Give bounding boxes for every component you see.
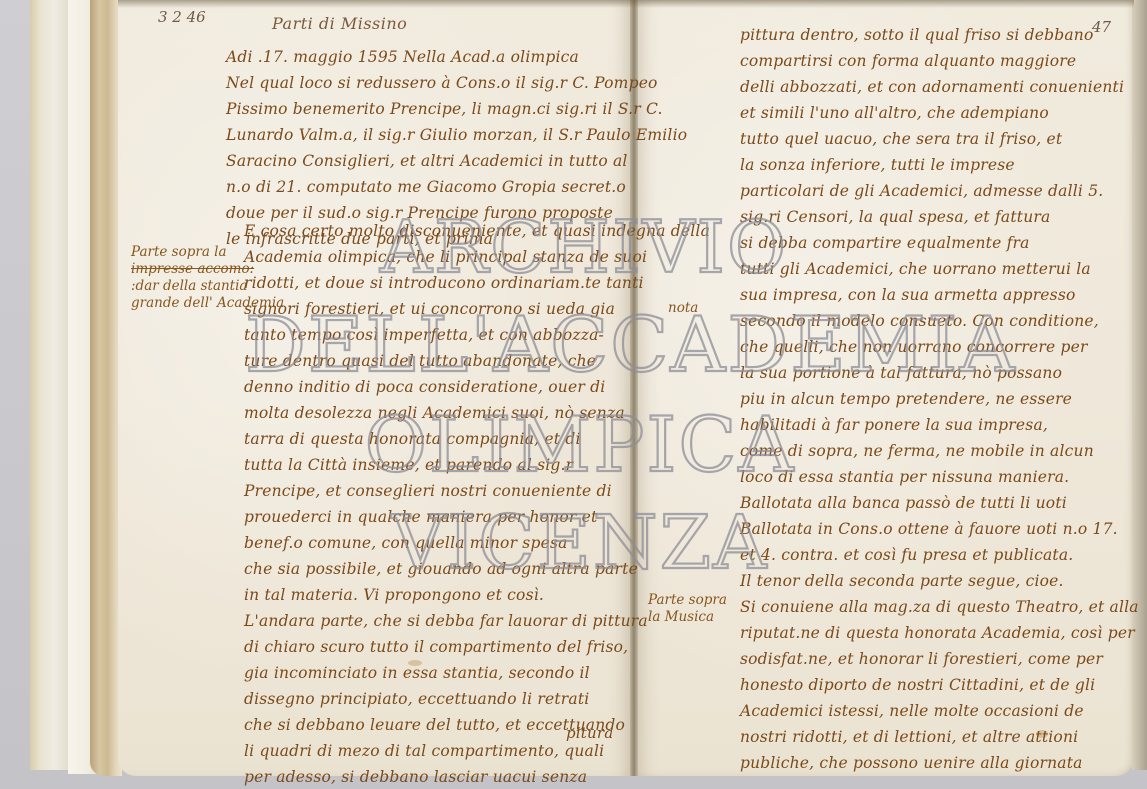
text-line: Ballotata alla banca passò de tutti li u… [740,490,1139,516]
manuscript-scan: 3 2 46 Parti di Missino Adi .17. maggio … [0,0,1147,789]
text-line: Si conuiene alla mag.za di questo Theatr… [740,594,1139,620]
text-line: signori forestieri, et ui concorrono si … [244,296,710,322]
text-line: li quadri di mezo di tal compartimento, … [244,738,710,764]
text-line: Academici istessi, nelle molte occasioni… [740,698,1139,724]
right-page-text: pittura dentro, sotto il qual friso si d… [740,22,1139,776]
text-line: di chiaro scuro tutto il compartimento d… [244,634,710,660]
margin-note-nota: nota [668,300,698,317]
text-line: molta desolezza negli Academici suoi, nò… [244,400,710,426]
text-line: secondo il modelo consueto. Con conditio… [740,308,1139,334]
text-line: Nel qual loco si redussero à Cons.o il s… [226,70,687,96]
book-cover-edge [30,0,71,770]
text-line: n.o di 21. computato me Giacomo Gropia s… [226,174,687,200]
text-line: sua impresa, con la sua armetta appresso [740,282,1139,308]
text-line: particolari de gli Academici, admesse da… [740,178,1139,204]
text-line: che si debbano leuare del tutto, et ecce… [244,712,710,738]
text-line: et 4. contra. et così fu presa et public… [740,542,1139,568]
text-line: tutti gli Academici, che uorrano metteru… [740,256,1139,282]
text-line: tanto tempo così imperfetta, et con abbo… [244,322,710,348]
text-line: honesto diporto de nostri Cittadini, et … [740,672,1139,698]
text-line: delli abbozzati, et con adornamenti conu… [740,74,1139,100]
text-line: denno inditio di poca consideratione, ou… [244,374,710,400]
top-shadow [118,0,1134,8]
text-line: si debba compartire equalmente fra [740,230,1139,256]
margin-note-line: la Musica [648,609,727,626]
text-line: publiche, che possono uenire alla giorna… [740,750,1139,776]
text-line: compartirsi con forma alquanto maggiore [740,48,1139,74]
text-line: Saracino Consiglieri, et altri Academici… [226,148,687,174]
text-line: E cosa certo molto disconueniente, et qu… [244,218,710,244]
text-line: la sua portione à tal fattura, nò possan… [740,360,1139,386]
text-line: piu in alcun tempo pretendere, ne essere [740,386,1139,412]
text-line: riputat.ne di questa honorata Academia, … [740,620,1139,646]
text-line: sig.ri Censori, la qual spesa, et fattur… [740,204,1139,230]
text-line: pittura dentro, sotto il qual friso si d… [740,22,1139,48]
text-line: loco di essa stantia per nissuna maniera… [740,464,1139,490]
text-line: benef.o comune, con quella minor spesa [244,530,710,556]
text-line: ture dentro quasi del tutto abandonate, … [244,348,710,374]
text-line: per adesso, si debbano lasciar uacui sen… [244,764,710,789]
text-line: sodisfat.ne, et honorar li forestieri, c… [740,646,1139,672]
margin-note-line: :dar della stantia [131,278,284,295]
text-line: come di sopra, ne ferma, ne mobile in al… [740,438,1139,464]
text-line: et simili l'uno all'altro, che adempiano [740,100,1139,126]
text-line: ridotti, et doue si introducono ordinari… [244,270,710,296]
text-line: Il tenor della seconda parte segue, cioe… [740,568,1139,594]
margin-note-parte-sopra-musica: Parte sopra la Musica [648,592,727,626]
text-line: gia incominciato in essa stantia, second… [244,660,710,686]
text-line: habilitadi à far ponere la sua impresa, [740,412,1139,438]
text-line: Academia olimpica, che li principal stan… [244,244,710,270]
text-line: Adi .17. maggio 1595 Nella Acad.a olimpi… [226,44,687,70]
catchword: pitura [566,724,613,742]
text-line: L'andara parte, che si debba far lauorar… [244,608,710,634]
text-line: prouederci in qualche maniera per honor … [244,504,710,530]
margin-note-parte-sopra-stantia: Parte sopra la impresse accomo: :dar del… [131,244,284,312]
folio-number-left: 3 2 46 [158,8,206,26]
margin-note-line: Parte sopra [648,592,727,609]
text-line: che quelli, che non uorrano concorrere p… [740,334,1139,360]
margin-note-line: Parte sopra la [131,244,284,261]
page-header: Parti di Missino [272,14,407,33]
text-line: dissegno principiato, eccettuando li ret… [244,686,710,712]
text-line: che sia possibile, et giouando ad ogni a… [244,556,710,582]
text-line: in tal materia. Vi propongono et così. [244,582,710,608]
text-line: Prencipe, et conseglieri nostri conuenie… [244,478,710,504]
text-line: nostri ridotti, et di lettioni, et altre… [740,724,1139,750]
text-line: tutta la Città insieme, et parendo al si… [244,452,710,478]
left-page-text-body: E cosa certo molto disconueniente, et qu… [244,218,710,789]
text-line: tarra di questa honorata compagnia, et d… [244,426,710,452]
margin-note-line-struck: impresse accomo: [131,261,284,278]
text-line: la sonza inferiore, tutti le imprese [740,152,1139,178]
text-line: Ballotata in Cons.o ottene à fauore uoti… [740,516,1139,542]
margin-note-line: grande dell' Academia [131,295,284,312]
text-line: tutto quel uacuo, che sera tra il friso,… [740,126,1139,152]
text-line: Lunardo Valm.a, il sig.r Giulio morzan, … [226,122,687,148]
text-line: Pissimo benemerito Prencipe, li magn.ci … [226,96,687,122]
